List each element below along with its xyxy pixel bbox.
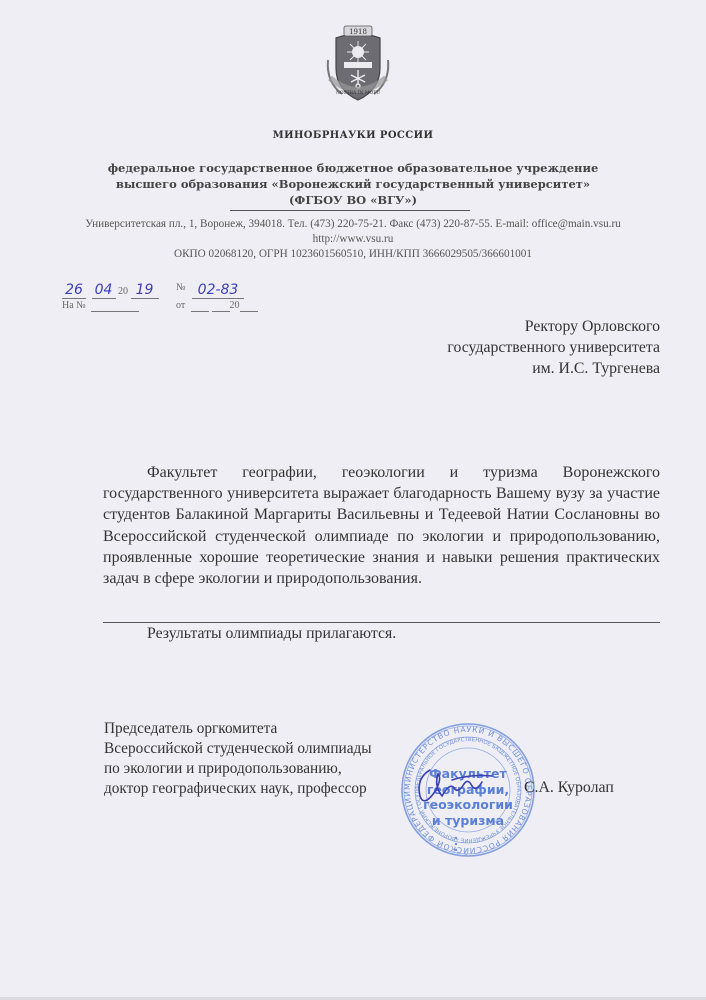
signatory-name: С.А. Куролап (524, 779, 614, 797)
signatory-title-line: Всероссийской студенческой олимпиады (104, 739, 372, 759)
from-label: от (176, 300, 185, 311)
letter-body: Факультет географии, геоэкологии и туриз… (103, 462, 660, 589)
svg-text:NOSTRA IN MOTU: NOSTRA IN MOTU (336, 90, 380, 96)
from-month-blank (212, 300, 230, 312)
org-line: федеральное государственное бюджетное об… (0, 160, 706, 176)
addressee: Ректору Орловского государственного унив… (447, 316, 660, 379)
number-label: № (176, 282, 186, 293)
attachment-note: Результаты олимпиады прилагаются. (147, 625, 396, 643)
org-abbreviation: (ФГБОУ ВО «ВГУ») (0, 192, 706, 208)
from-year-blank (240, 300, 258, 312)
from-day-blank (191, 300, 209, 312)
signatory-title-line: Председатель оргкомитета (104, 719, 372, 739)
outgoing-number: 02-83 (192, 282, 244, 299)
date-year: 19 (131, 282, 159, 299)
signatory-title: Председатель оргкомитета Всероссийской с… (104, 719, 372, 799)
org-line: высшего образования «Воронежский государ… (0, 176, 706, 192)
date-month: 04 (92, 282, 116, 299)
reference-number-blank (91, 300, 139, 312)
signatory-title-line: доктор географических наук, профессор (104, 779, 372, 799)
svg-text:1918: 1918 (349, 28, 367, 36)
handwritten-signature-icon (412, 760, 502, 810)
header-divider (230, 210, 470, 211)
university-crest-icon: 1918 NOSTRA IN MOTU (322, 20, 394, 104)
registration-codes: ОКПО 02068120, ОГРН 1023601560510, ИНН/К… (0, 247, 706, 262)
from-century: 20 (230, 300, 240, 311)
addressee-line: им. И.С. Тургенева (447, 358, 660, 379)
addressee-line: Ректору Орловского (447, 316, 660, 337)
addressee-line: государственного университета (447, 337, 660, 358)
registration-block: 26 04 20 19 № 02-83 На № от 20 (62, 282, 322, 318)
body-divider (103, 622, 660, 623)
ministry-name: МИНОБРНАУКИ РОССИИ (0, 130, 706, 141)
reference-label: На № (62, 300, 86, 311)
contact-info: Университетская пл., 1, Воронеж, 394018.… (0, 217, 706, 262)
date-century: 20 (118, 286, 128, 297)
website-link[interactable]: http://www.vsu.ru (0, 232, 706, 247)
organization-name: федеральное государственное бюджетное об… (0, 160, 706, 208)
stamp-line: и туризма (400, 813, 536, 829)
address-line: Университетская пл., 1, Воронеж, 394018.… (0, 217, 706, 232)
signatory-title-line: по экологии и природопользованию, (104, 759, 372, 779)
date-day: 26 (62, 282, 86, 299)
